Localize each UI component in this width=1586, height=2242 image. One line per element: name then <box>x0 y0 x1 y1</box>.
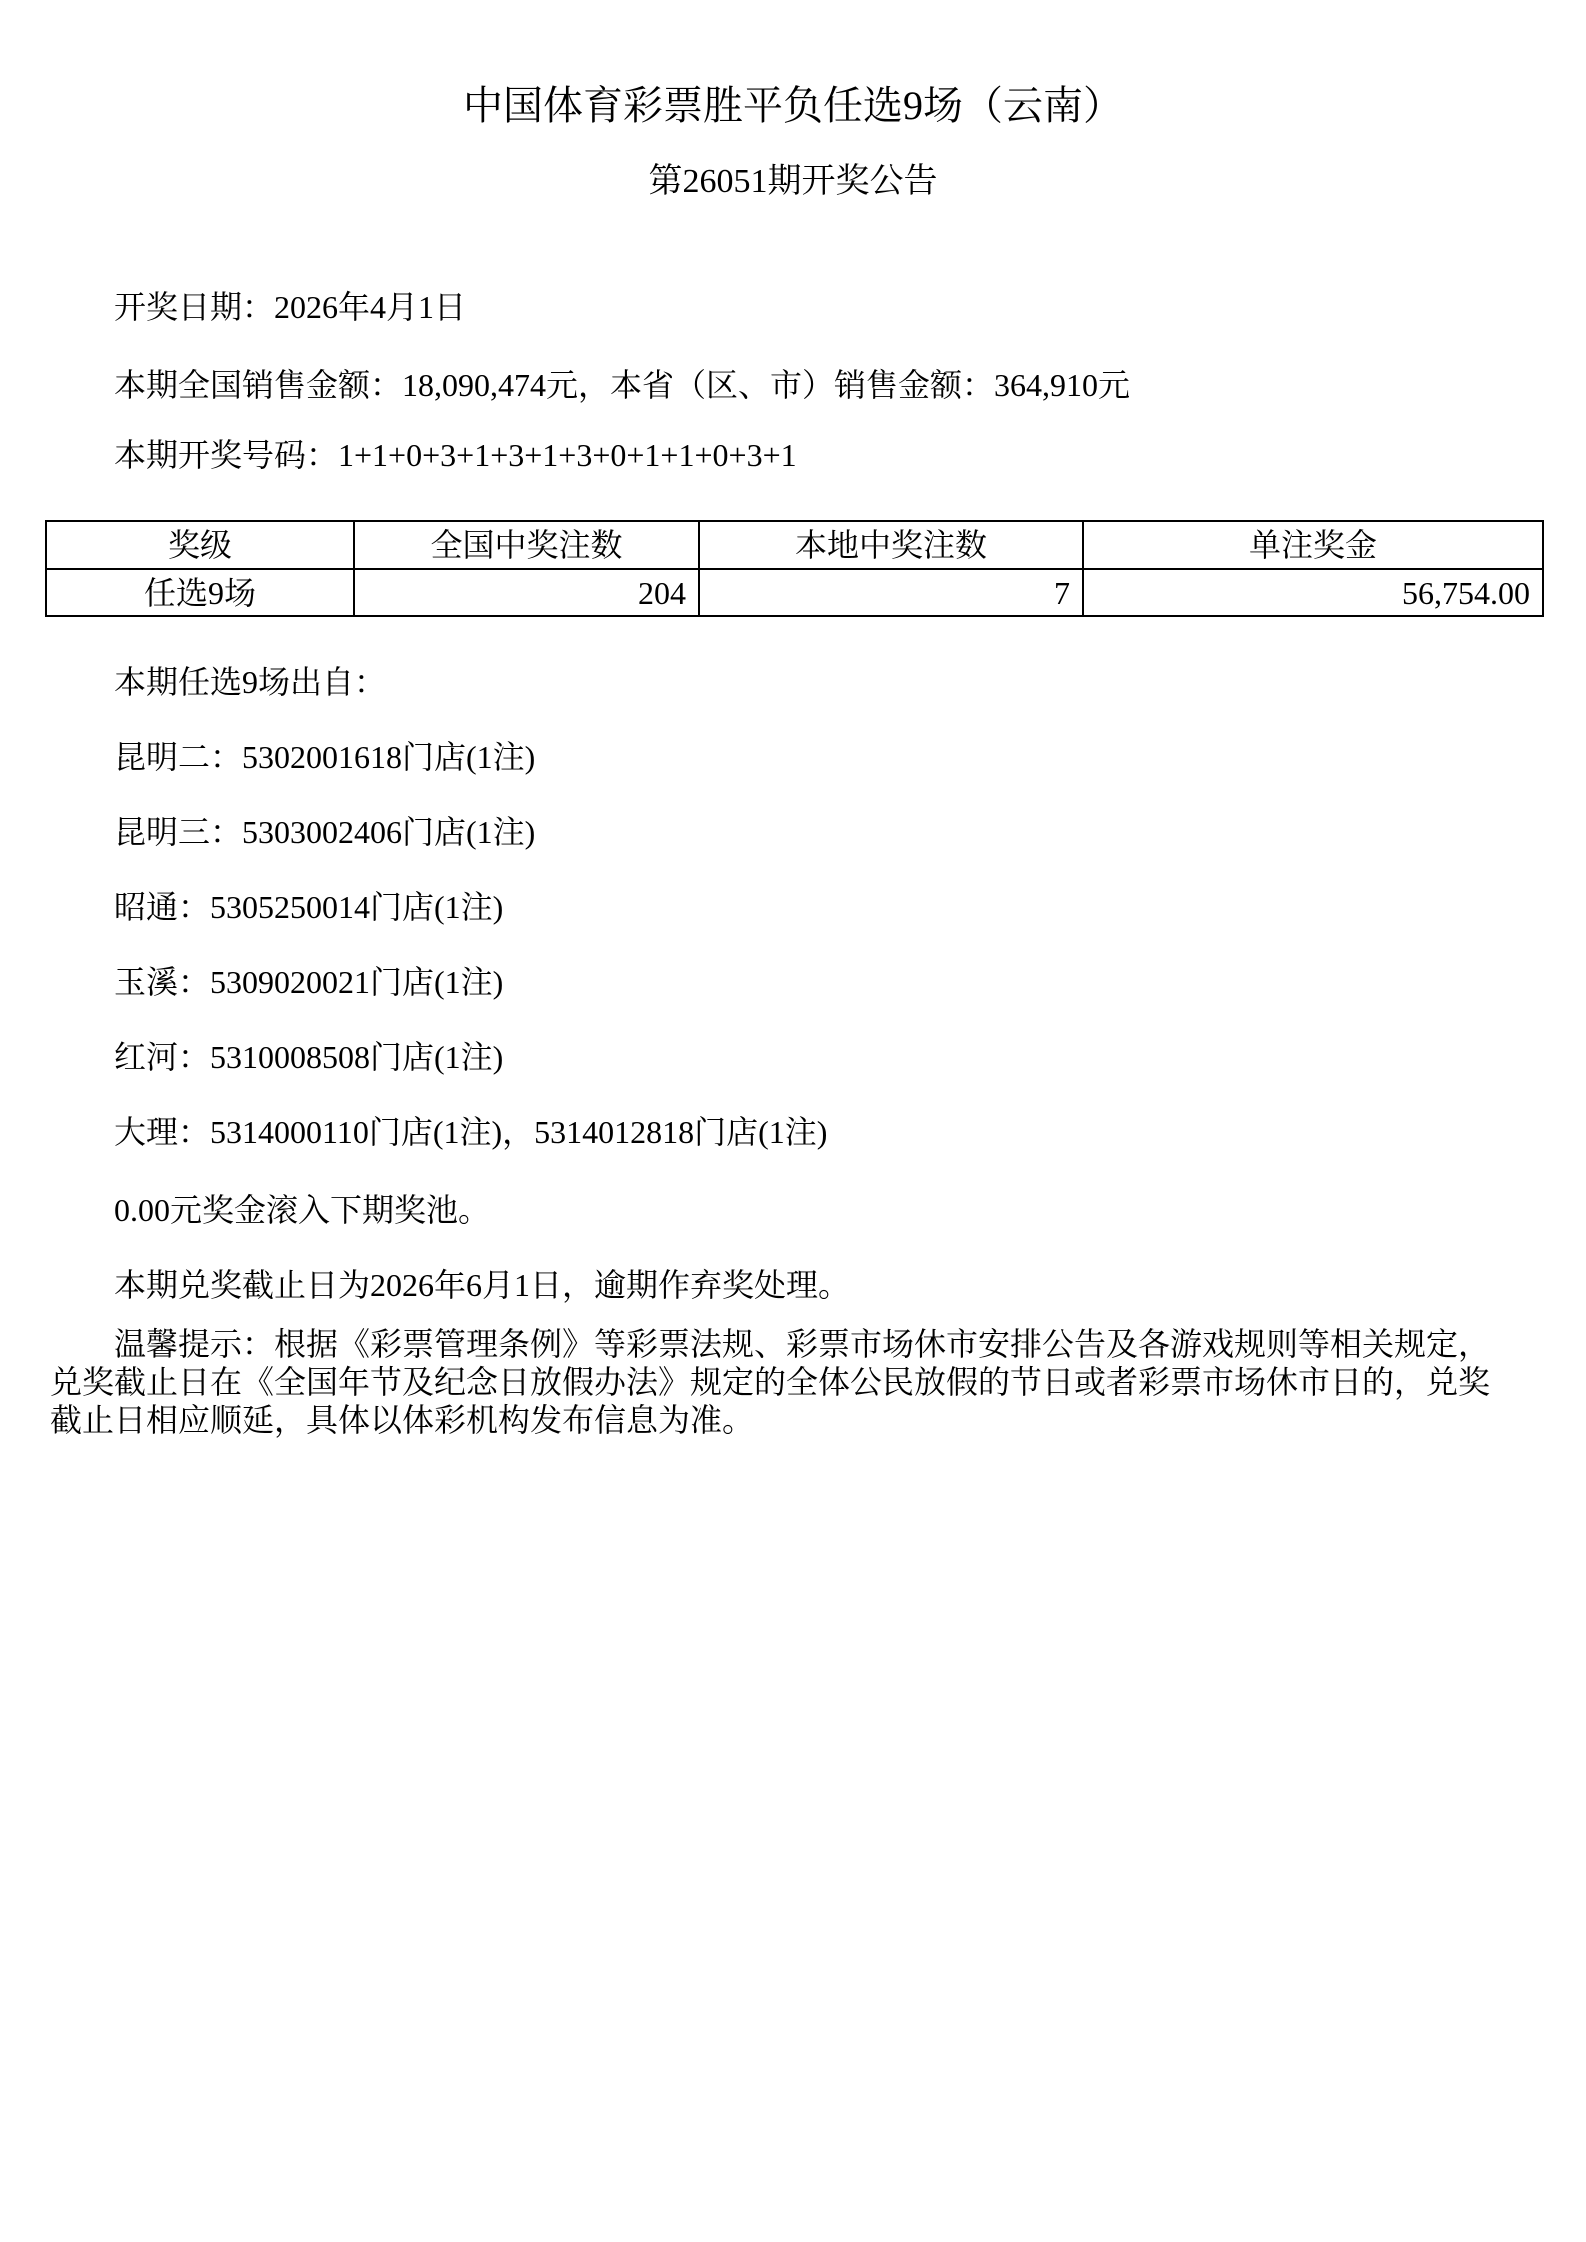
winner-store-line-honghe: 红河：5310008508门店(1注) <box>50 1037 1510 1077</box>
cell-prize-level: 任选9场 <box>46 569 354 616</box>
header-cell-prize-per-bet: 单注奖金 <box>1083 521 1543 569</box>
prize-table: 奖级 全国中奖注数 本地中奖注数 单注奖金 任选9场 204 7 56,754.… <box>45 520 1544 617</box>
winner-store-line-kunming3: 昆明三：5303002406门店(1注) <box>50 812 1510 852</box>
cell-national-winning-bets: 204 <box>354 569 699 616</box>
winner-store-line-zhaotong: 昭通：5305250014门店(1注) <box>50 887 1510 927</box>
winner-store-line-dali: 大理：5314000110门店(1注)，5314012818门店(1注) <box>50 1112 1510 1152</box>
winner-store-line-kunming2: 昆明二：5302001618门店(1注) <box>50 737 1510 777</box>
prize-table-header-row: 奖级 全国中奖注数 本地中奖注数 单注奖金 <box>46 521 1543 569</box>
deadline-line: 本期兑奖截止日为2026年6月1日，逾期作弃奖处理。 <box>50 1265 1510 1305</box>
header-cell-national-winning-bets: 全国中奖注数 <box>354 521 699 569</box>
header-cell-local-winning-bets: 本地中奖注数 <box>699 521 1083 569</box>
draw-numbers-line: 本期开奖号码：1+1+0+3+1+3+1+3+0+1+1+0+3+1 <box>50 435 1510 475</box>
sales-amount-line: 本期全国销售金额：18,090,474元，本省（区、市）销售金额：364,910… <box>50 365 1510 405</box>
draw-date-line: 开奖日期：2026年4月1日 <box>50 287 1510 327</box>
cell-prize-per-bet: 56,754.00 <box>1083 569 1543 616</box>
document-subtitle: 第26051期开奖公告 <box>0 160 1586 204</box>
document-title: 中国体育彩票胜平负任选9场（云南） <box>0 84 1586 128</box>
prize-table-data-row: 任选9场 204 7 56,754.00 <box>46 569 1543 616</box>
winners-intro-line: 本期任选9场出自： <box>50 662 1510 702</box>
notice-paragraph: 温馨提示：根据《彩票管理条例》等彩票法规、彩票市场休市安排公告及各游戏规则等相关… <box>50 1325 1510 1439</box>
header-cell-prize-level: 奖级 <box>46 521 354 569</box>
rollover-line: 0.00元奖金滚入下期奖池。 <box>50 1190 1510 1230</box>
cell-local-winning-bets: 7 <box>699 569 1083 616</box>
winner-store-line-yuxi: 玉溪：5309020021门店(1注) <box>50 962 1510 1002</box>
